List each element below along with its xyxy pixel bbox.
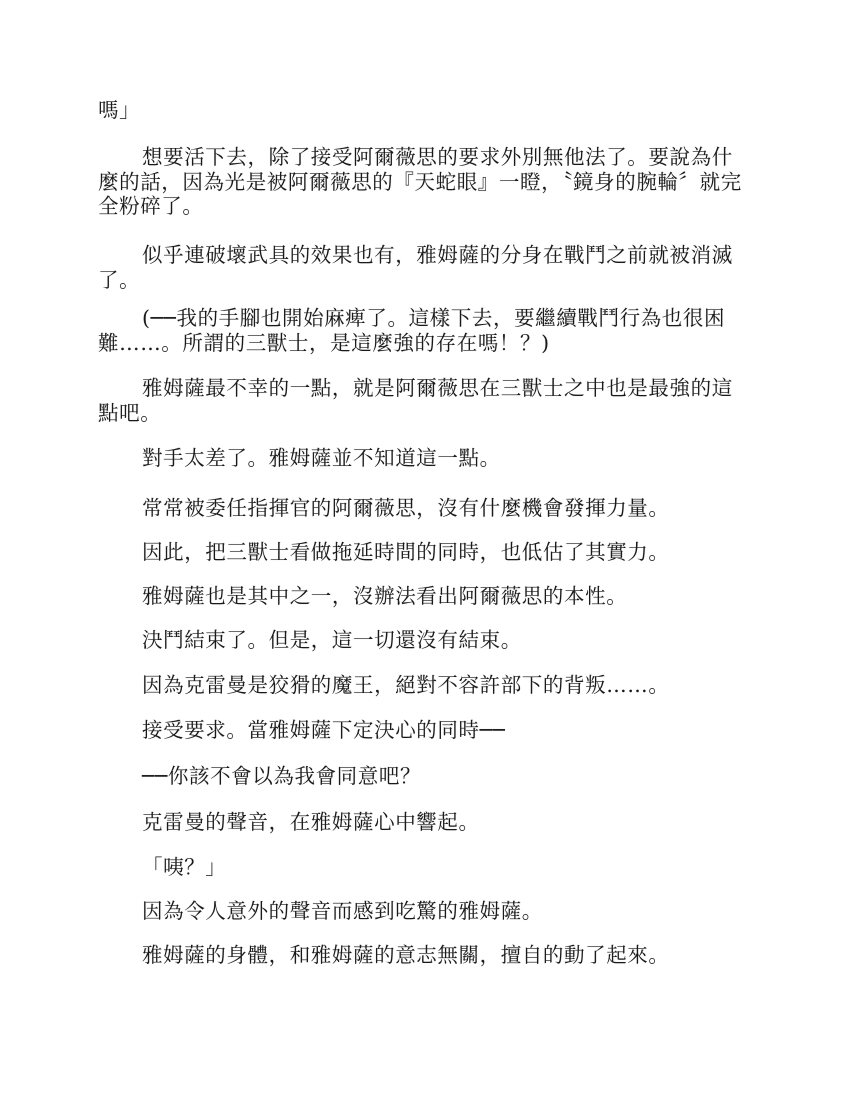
paragraph: 似乎連破壞武具的效果也有，雅姆薩的分身在戰鬥之前就被消滅了。 bbox=[98, 243, 748, 292]
paragraph: 雅姆薩也是其中之一，沒辦法看出阿爾薇思的本性。 bbox=[142, 584, 762, 609]
paragraph: 常常被委任指揮官的阿爾薇思，沒有什麼機會發揮力量。 bbox=[142, 496, 762, 521]
document-page: 嗎」 想要活下去，除了接受阿爾薇思的要求外別無他法了。要說為什麼的話，因為光是被… bbox=[0, 0, 850, 1100]
paragraph: 克雷曼的聲音，在雅姆薩心中響起。 bbox=[142, 810, 762, 835]
paragraph: 因此，把三獸士看做拖延時間的同時，也低估了其實力。 bbox=[142, 540, 762, 565]
paragraph-dialogue: 「咦？」 bbox=[142, 855, 762, 880]
paragraph-dialogue: ──你該不會以為我會同意吧？ bbox=[142, 764, 762, 789]
paragraph: 因為克雷曼是狡猾的魔王，絕對不容許部下的背叛……。 bbox=[142, 673, 762, 698]
paragraph: (──我的手腳也開始麻痺了。這樣下去，要繼續戰鬥行為也很困難……。所謂的三獸士，… bbox=[98, 306, 748, 355]
paragraph: 決鬥結束了。但是，這一切還沒有結束。 bbox=[142, 628, 762, 653]
paragraph-continuation: 嗎」 bbox=[98, 98, 748, 123]
paragraph: 雅姆薩最不幸的一點，就是阿爾薇思在三獸士之中也是最強的這點吧。 bbox=[98, 376, 748, 425]
paragraph: 因為令人意外的聲音而感到吃驚的雅姆薩。 bbox=[142, 899, 762, 924]
paragraph: 接受要求。當雅姆薩下定決心的同時── bbox=[142, 718, 762, 743]
paragraph: 對手太差了。雅姆薩並不知道這一點。 bbox=[142, 446, 762, 471]
paragraph: 想要活下去，除了接受阿爾薇思的要求外別無他法了。要說為什麼的話，因為光是被阿爾薇… bbox=[98, 145, 748, 219]
paragraph: 雅姆薩的身體，和雅姆薩的意志無關，擅自的動了起來。 bbox=[142, 943, 762, 968]
